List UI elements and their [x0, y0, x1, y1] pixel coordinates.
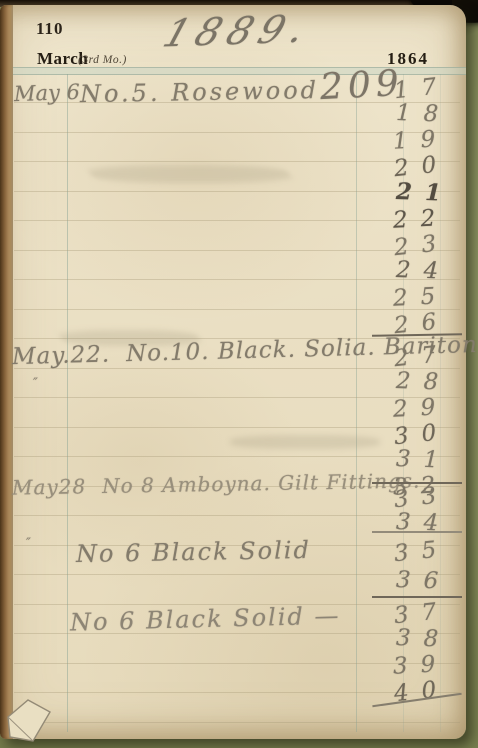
serial-number: 31 — [396, 446, 461, 474]
serial-number: 38 — [396, 625, 461, 653]
printed-month-annotation: (3rd Mo.) — [78, 54, 127, 66]
ledger-page: 110 March (3rd Mo.) 1889. 1864 May 6 No.… — [0, 5, 466, 739]
ruled-line — [14, 722, 460, 723]
page-number: 110 — [36, 19, 64, 39]
entry-description: No 6 Black Solid — [76, 536, 311, 568]
serial-group-5: 37383940 — [394, 600, 458, 693]
dog-ear-fold — [2, 697, 56, 747]
entry-date: May.22. — [12, 342, 111, 371]
serial-number: 21 — [396, 178, 461, 207]
serial-group-4: 3536 — [394, 536, 458, 596]
entry-date: May28 — [12, 474, 87, 499]
serial-number: 18 — [396, 100, 461, 128]
binding-edge — [0, 5, 13, 739]
ledger-entry: May28 No 8 Amboyna. Gilt Fittings. — [12, 468, 421, 499]
show-through-smudge — [230, 435, 380, 449]
serial-number: 24 — [396, 257, 461, 285]
handwritten-year: 1889. — [158, 7, 318, 56]
group-underline — [372, 531, 462, 533]
serial-number: 28 — [396, 368, 461, 396]
entry-description: No 6 Black Solid — — [70, 601, 341, 636]
ledger-photo: 110 March (3rd Mo.) 1889. 1864 May 6 No.… — [0, 0, 478, 748]
serial-number: 35 — [393, 533, 460, 570]
show-through-smudge — [85, 165, 295, 183]
group-underline — [372, 596, 462, 598]
entry-description: No.5. Rosewood. — [80, 76, 330, 108]
ditto-mark: ″ — [26, 536, 31, 551]
entry-date: May 6 — [14, 80, 81, 106]
serial-prefix: 209 — [319, 63, 405, 108]
serial-number: 36 — [395, 565, 460, 597]
ditto-mark: ″ — [33, 376, 38, 391]
serial-group-2: 272829303132 — [394, 343, 458, 481]
serial-group-3: 3334 — [394, 484, 458, 530]
group-underline — [372, 482, 462, 484]
serial-group-1: 17181920212223242526 — [394, 75, 458, 333]
